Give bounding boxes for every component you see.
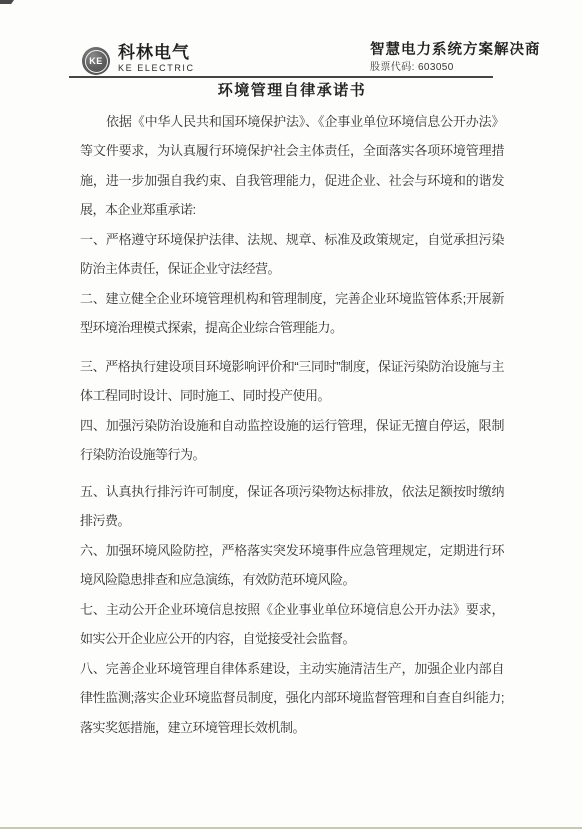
paragraph-item-7: 七、主动公开企业环境信息按照《企业事业单位环境信息公开办法》要求，如实公开企业应…: [80, 595, 504, 654]
scanned-document-page: KE 科林电气 KE ELECTRIC 智慧电力系统方案解决商 股票代码: 60…: [0, 0, 582, 829]
company-name-cn: 科林电气: [118, 43, 195, 63]
paragraph-item-8: 八、完善企业环境管理自律体系建设，主动实施清洁生产，加强企业内部自律性监测;落实…: [80, 654, 504, 743]
paragraph-intro: 依据《中华人民共和国环境保护法》、《企事业单位环境信息公开办法》等文件要求，为认…: [80, 107, 504, 225]
company-logo-icon: KE: [82, 47, 110, 75]
header-divider: [69, 76, 493, 78]
company-tagline: 智慧电力系统方案解决商: [370, 42, 541, 59]
paragraph-item-1: 一、严格遵守环境保护法律、法规、规章、标准及政策规定，自觉承担污染防治主体责任，…: [80, 225, 504, 284]
logo-letters: KE: [89, 57, 103, 66]
company-name-en: KE ELECTRIC: [118, 63, 195, 74]
company-name-block: 科林电气 KE ELECTRIC: [118, 43, 195, 74]
stock-code: 股票代码: 603050: [370, 61, 454, 74]
document-body: 环境管理自律承诺书 依据《中华人民共和国环境保护法》、《企事业单位环境信息公开办…: [80, 82, 504, 742]
logo-ring: KE: [85, 50, 108, 73]
paragraph-item-2: 二、建立健全企业环境管理机构和管理制度，完善企业环境监管体系;开展新型环境治理模…: [80, 284, 504, 343]
paragraph-item-3: 三、严格执行建设项目环境影响评价和“三同时”制度，保证污染防治设施与主体工程同时…: [80, 352, 504, 411]
paragraph-item-4: 四、加强污染防治设施和自动监控设施的运行管理，保证无擅自停运，限制行染防治设施等…: [80, 411, 504, 470]
paragraph-item-5: 五、认真执行排污许可制度，保证各项污染物达标排放，依法足额按时缴纳排污费。: [80, 477, 504, 536]
document-title: 环境管理自律承诺书: [80, 82, 504, 99]
paragraph-item-6: 六、加强环境风险防控，严格落实突发环境事件应急管理规定，定期进行环境风险隐患排查…: [80, 536, 504, 595]
scan-corner-artifact: [0, 0, 14, 4]
